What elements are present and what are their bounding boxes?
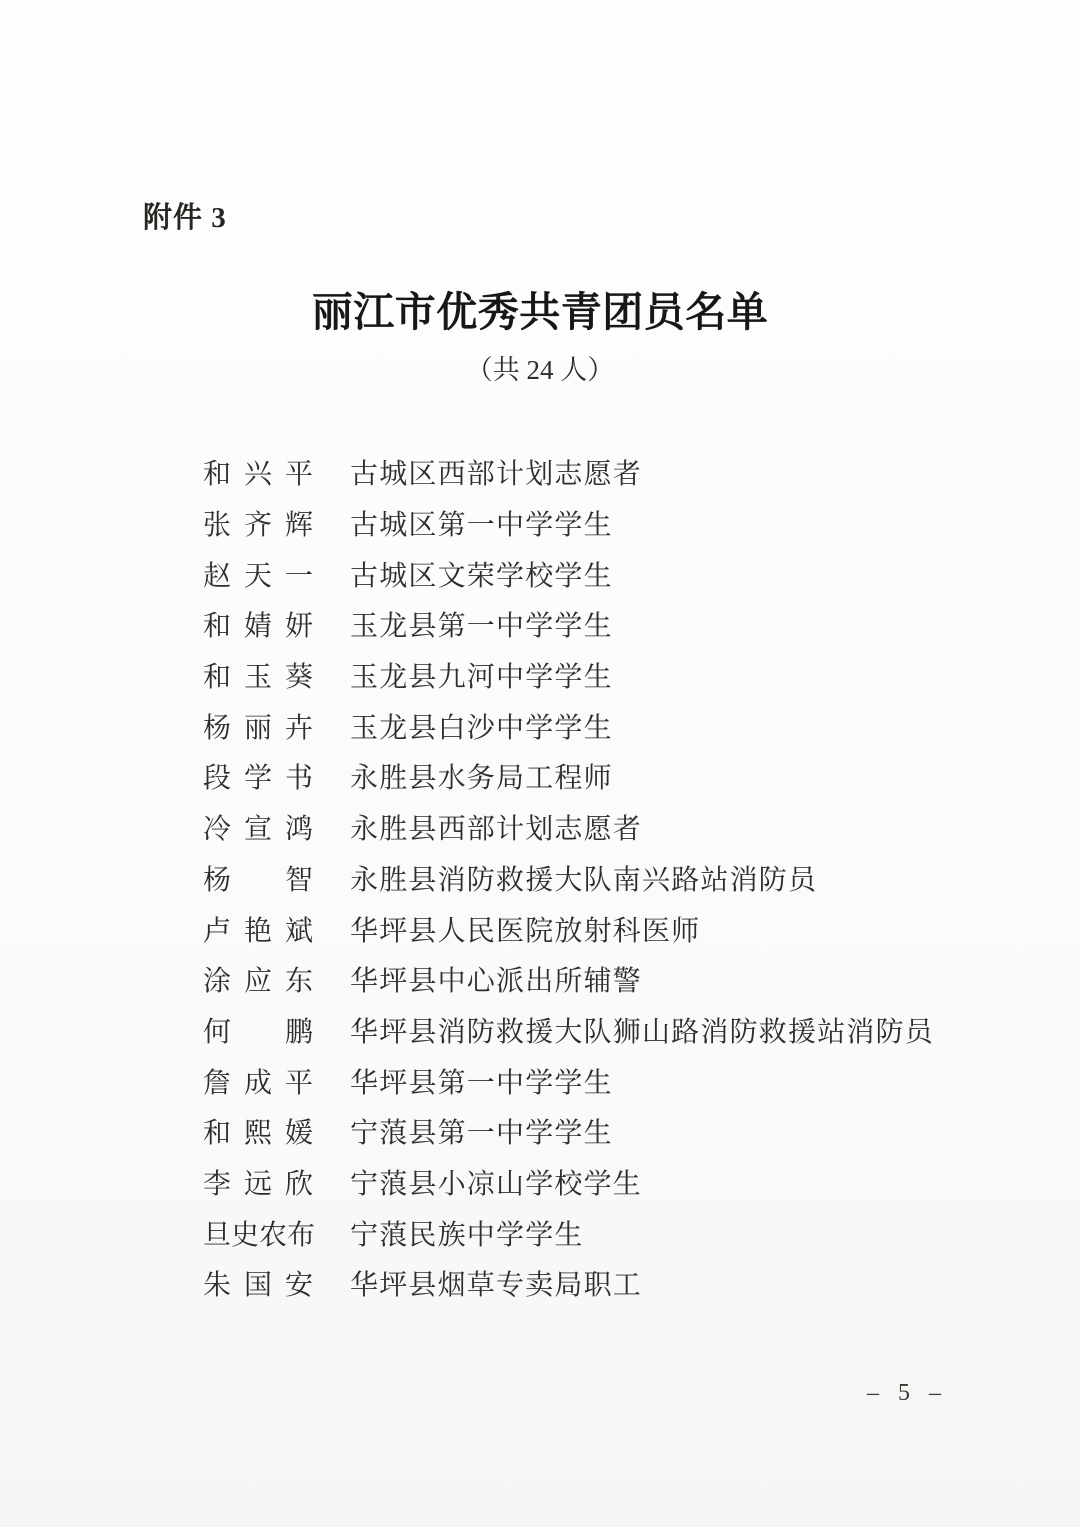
member-name: 和婧妍 [203,604,313,644]
member-row: 朱国安 华坪县烟草专卖局职工 [203,1258,963,1309]
member-affiliation: 华坪县消防救援大队狮山路消防救援站消防员 [350,1010,934,1050]
member-name: 张齐辉 [203,503,313,543]
member-name: 赵天一 [203,554,313,594]
member-affiliation: 玉龙县第一中学学生 [350,604,613,644]
document-title: 丽江市优秀共青团员名单 [0,290,1080,336]
member-row: 詹成平 华坪县第一中学学生 [203,1055,963,1106]
member-name: 和兴平 [203,452,313,492]
member-affiliation: 永胜县消防救援大队南兴路站消防员 [350,858,817,898]
member-name: 李远欣 [203,1162,313,1202]
member-row: 段学书 永胜县水务局工程师 [203,751,963,802]
member-affiliation: 永胜县西部计划志愿者 [350,807,642,847]
member-row: 冷宣鸿 永胜县西部计划志愿者 [203,802,963,853]
member-name: 涂应东 [203,959,313,999]
member-affiliation: 华坪县中心派出所辅警 [350,959,642,999]
member-name: 杨 智 [203,858,313,898]
member-row: 和熙媛 宁蒗县第一中学学生 [203,1106,963,1157]
member-row: 和玉葵 玉龙县九河中学学生 [203,650,963,701]
member-name: 卢艳斌 [203,909,313,949]
member-row: 和婧妍 玉龙县第一中学学生 [203,599,963,650]
member-row: 杨丽卉 玉龙县白沙中学学生 [203,700,963,751]
member-affiliation: 宁蒗县小凉山学校学生 [350,1162,642,1202]
member-row: 张齐辉 古城区第一中学学生 [203,498,963,549]
member-name: 段学书 [203,756,313,796]
member-name: 杨丽卉 [203,706,313,746]
member-name: 冷宣鸿 [203,807,313,847]
document-page: 附件 3 丽江市优秀共青团员名单 （共 24 人） 和兴平 古城区西部计划志愿者… [0,0,1080,1527]
member-row: 杨 智 永胜县消防救援大队南兴路站消防员 [203,853,963,904]
member-count-subtitle: （共 24 人） [0,354,1080,388]
member-name: 和玉葵 [203,655,313,695]
member-affiliation: 华坪县烟草专卖局职工 [350,1263,642,1303]
attachment-label: 附件 3 [143,202,227,235]
member-affiliation: 华坪县人民医院放射科医师 [350,909,700,949]
member-affiliation: 玉龙县九河中学学生 [350,655,613,695]
member-affiliation: 古城区西部计划志愿者 [350,452,642,492]
member-name: 何 鹏 [203,1010,313,1050]
member-row: 赵天一 古城区文荣学校学生 [203,548,963,599]
member-name: 詹成平 [203,1061,313,1101]
member-affiliation: 华坪县第一中学学生 [350,1061,613,1101]
member-row: 旦史农布 宁蒗民族中学学生 [203,1207,963,1258]
member-row: 涂应东 华坪县中心派出所辅警 [203,954,963,1005]
member-affiliation: 宁蒗民族中学学生 [350,1213,584,1253]
member-row: 和兴平 古城区西部计划志愿者 [203,447,963,498]
member-row: 何 鹏 华坪县消防救援大队狮山路消防救援站消防员 [203,1005,963,1056]
member-affiliation: 永胜县水务局工程师 [350,756,613,796]
member-name: 朱国安 [203,1263,313,1303]
member-row: 李远欣 宁蒗县小凉山学校学生 [203,1157,963,1208]
member-affiliation: 玉龙县白沙中学学生 [350,706,613,746]
page-number: – 5 – [867,1380,944,1407]
member-affiliation: 古城区第一中学学生 [350,503,613,543]
member-name: 和熙媛 [203,1111,313,1151]
member-affiliation: 宁蒗县第一中学学生 [350,1111,613,1151]
member-row: 卢艳斌 华坪县人民医院放射科医师 [203,903,963,954]
member-name: 旦史农布 [203,1213,313,1253]
member-affiliation: 古城区文荣学校学生 [350,554,613,594]
member-list: 和兴平 古城区西部计划志愿者 张齐辉 古城区第一中学学生 赵天一 古城区文荣学校… [203,447,963,1309]
